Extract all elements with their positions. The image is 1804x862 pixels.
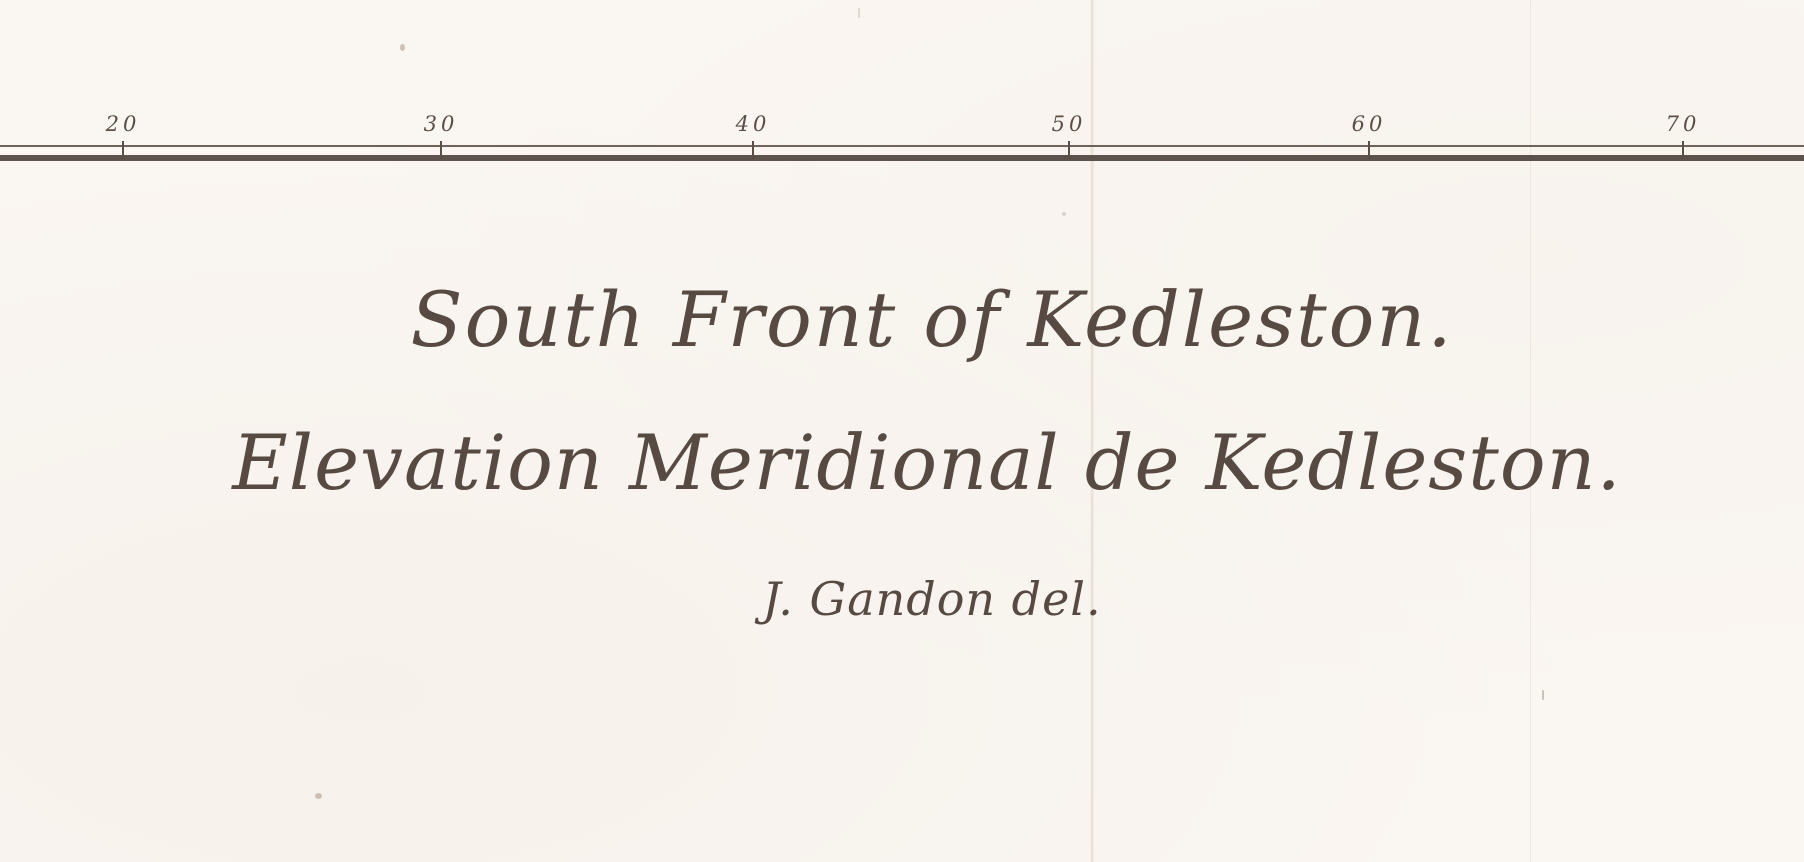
scale-tick-label: 40 (723, 112, 783, 136)
scale-tick-label: 20 (93, 112, 153, 136)
scale-tick-label: 60 (1339, 112, 1399, 136)
scale-tick (1368, 141, 1370, 159)
scale-tick-label: 50 (1039, 112, 1099, 136)
paper-speck (315, 793, 322, 799)
scale-tick-label: 30 (411, 112, 471, 136)
scale-tick (1068, 141, 1070, 159)
paper-speck (858, 8, 860, 18)
scale-tick (1682, 141, 1684, 159)
scale-thin-rule (0, 145, 1804, 147)
title-english: South Front of Kedleston. (0, 275, 1804, 364)
paper-speck (1542, 690, 1544, 700)
scale-thick-rule (0, 155, 1804, 161)
paper-speck (400, 44, 405, 51)
draughtsman-credit: J. Gandon del. (0, 572, 1804, 626)
paper-speck (1062, 212, 1066, 216)
title-french: Elevation Meridional de Kedleston. (0, 418, 1804, 507)
scale-tick-label: 70 (1653, 112, 1713, 136)
scale-tick (122, 141, 124, 159)
scale-tick (440, 141, 442, 159)
scale-tick (752, 141, 754, 159)
